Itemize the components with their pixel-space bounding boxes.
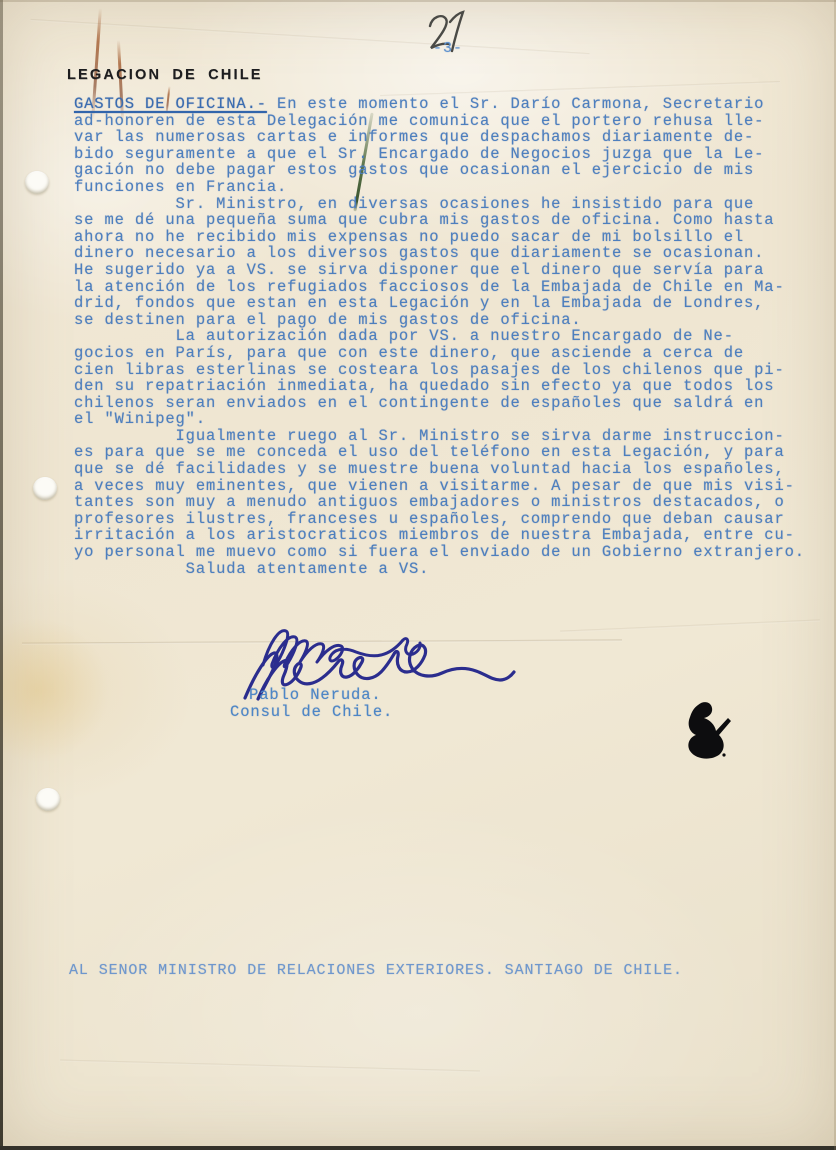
- letter-page: -3- LEGACION DE CHILE GASTOS DE OFICINA.…: [0, 0, 836, 1150]
- scan-edge: [0, 1146, 836, 1150]
- paper-stain: [0, 615, 112, 765]
- typed-signature-title: Consul de Chile.: [230, 703, 393, 721]
- page-number: -3-: [433, 40, 463, 57]
- punch-hole: [33, 477, 57, 500]
- closing-salutation: Saluda atentamente a VS.: [74, 560, 429, 578]
- punch-hole: [36, 788, 60, 811]
- footer-address: AL SENOR MINISTRO DE RELACIONES EXTERIOR…: [69, 962, 683, 979]
- letterhead-title: LEGACION DE CHILE: [67, 67, 263, 83]
- ink-blot: [682, 699, 738, 763]
- punch-hole: [25, 171, 49, 194]
- paragraph-telephone-visitors: Igualmente ruego al Sr. Ministro se sirv…: [74, 427, 805, 561]
- paragraph-authorization: La autorización dada por VS. a nuestro E…: [74, 327, 785, 428]
- paragraph-request-funds: Sr. Ministro, en diversas ocasiones he i…: [74, 195, 785, 329]
- crease-line: [560, 619, 820, 632]
- typed-signature-name: Pablo Neruda.: [249, 686, 382, 704]
- crease-line: [60, 1060, 480, 1073]
- paragraph-heading: GASTOS DE OFICINA.-: [74, 95, 267, 113]
- crease-line: [30, 19, 589, 55]
- scan-edge: [0, 0, 836, 2]
- scan-edge: [0, 0, 3, 1150]
- letter-body: GASTOS DE OFICINA.- En este momento el S…: [74, 96, 822, 577]
